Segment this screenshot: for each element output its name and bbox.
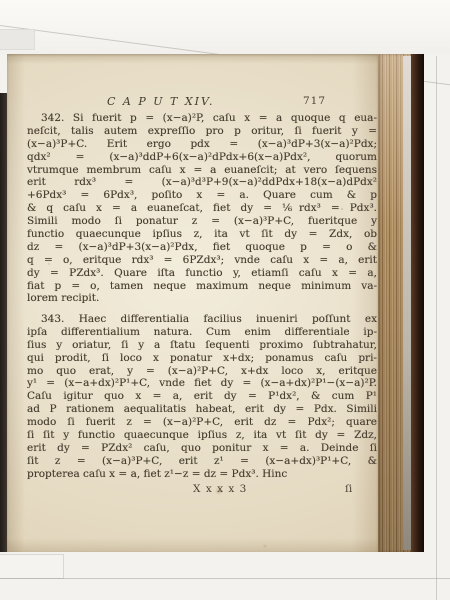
text-line: +6Pdx³ = 6Pdx³, poſito x = a. Quare cum … (27, 189, 377, 202)
text-line: modo ſi fuerit z = (x−a)²P+C, erit dz = … (27, 416, 377, 429)
text-line: dy = PZdx³. Quare iſta functio y, etiamſ… (27, 267, 377, 280)
text-line: & q caſu x = a euaneſcat, fiet dy = ⅙rdx… (27, 202, 377, 215)
text-line: ſius y oriatur, ſi y a ſtatu ſequenti pr… (27, 339, 377, 352)
printed-text-block: C A P U T XIV. 717 342. Si fuerit p = (x… (7, 54, 378, 552)
page-number: 717 (303, 95, 326, 107)
text-line: functio quaecunque ipſius z, ita vt ſit … (27, 228, 377, 241)
text-line: erit rdx³ = (x−a)³d³P+9(x−a)²ddPdx+18(x−… (27, 176, 377, 189)
mount-margin-top (0, 0, 450, 54)
text-line: 342. Si fuerit p = (x−a)²P, caſu x = a q… (27, 112, 377, 125)
text-line: neſcit, talis autem expreſſio pro p orit… (27, 125, 377, 138)
text-line: mo quo erat, y = (x−a)²P+C, x+dx loco x,… (27, 365, 377, 378)
page-footer: X x x x 3 ſi (7, 483, 378, 497)
text-line: qdx² = (x−a)³ddP+6(x−a)²dPdx+6(x−a)Pdx²,… (27, 151, 377, 164)
text-line: qui prodit, ſi loco x ponatur x+dx; pona… (27, 352, 377, 365)
sleeve-edge-line-right (436, 56, 437, 600)
text-line: 343. Haec differentialia facilius inueni… (27, 313, 377, 326)
chapter-heading: C A P U T XIV. (107, 95, 215, 108)
text-line: fiat p = o, tamen neque maximum neque mi… (27, 280, 377, 293)
text-line: Caſu igitur quo x = a, erit dy = P¹dx², … (27, 390, 377, 403)
text-line: erit dy = PZdx² caſu, quo ponitur x = a.… (27, 442, 377, 455)
text-line: Simili modo ſi ponatur z = (x−a)³P+C, fu… (27, 215, 377, 228)
text-line: propterea caſu x = a, fiet z¹−z = dz = P… (27, 468, 377, 481)
signature-mark: X x x x 3 (193, 483, 247, 495)
text-line: vtrumque membrum caſu x = a euaneſcit; a… (27, 164, 377, 177)
text-line: ſi ſit y functio quaecunque ipſius z, it… (27, 429, 377, 442)
book-photo: C A P U T XIV. 717 342. Si fuerit p = (x… (0, 0, 450, 600)
text-line: q = o, eritque rdx³ = 6PZdx³; vnde caſu … (27, 254, 377, 267)
fore-edge-highlight (403, 56, 411, 550)
sleeve-tab-top-left (0, 29, 35, 50)
text-line: ipſa differentialium natura. Cum enim di… (27, 326, 377, 339)
running-head: C A P U T XIV. 717 (7, 95, 378, 109)
book-cover-edge (411, 54, 424, 552)
sleeve-tab-bottom-left (0, 554, 64, 579)
text-line: y¹ = (x−a+dx)²P¹+C, vnde fiet dy = (x−a+… (27, 377, 377, 390)
text-line: ſit z = (x−a)³P+C, erit z¹ = (x−a+dx)³P¹… (27, 455, 377, 468)
paragraph-342: 342. Si fuerit p = (x−a)²P, caſu x = a q… (27, 112, 377, 305)
catchword: ſi (345, 483, 352, 495)
sleeve-edge-line-bottom (0, 578, 450, 579)
text-line: ad P rationem aequalitatis habeat, erit … (27, 403, 377, 416)
paragraph-343: 343. Haec differentialia facilius inueni… (27, 313, 377, 481)
text-line: dz = (x−a)³dP+3(x−a)²Pdx, fiet quoque p … (27, 241, 377, 254)
text-line: lorem recipit. (27, 292, 377, 305)
book-page: C A P U T XIV. 717 342. Si fuerit p = (x… (7, 54, 378, 552)
text-line: (x−a)³P+C. Erit ergo pdx = (x−a)³dP+3(x−… (27, 138, 377, 151)
